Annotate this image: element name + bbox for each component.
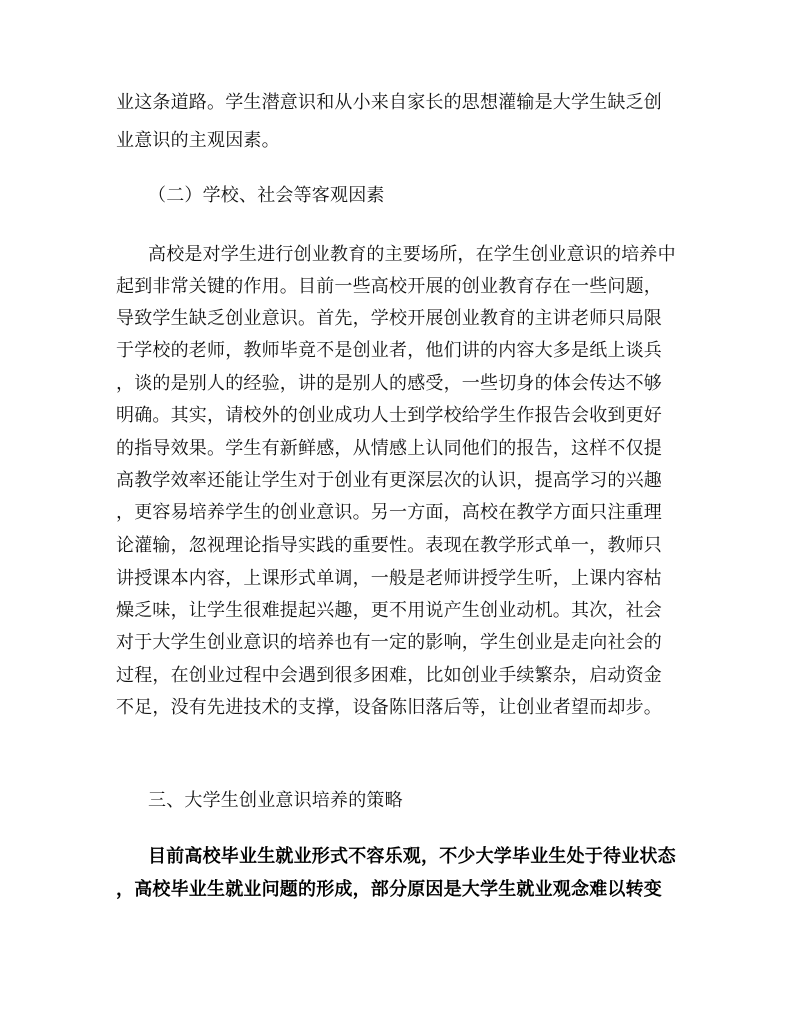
paragraph-line: 的指导效果。学生有新鲜感，从情感上认同他们的报告，这样不仅提 xyxy=(116,438,662,460)
paragraph-line: 于学校的老师，教师毕竟不是创业者，他们讲的内容大多是纸上谈兵 xyxy=(116,340,662,362)
paragraph-line: ，更容易培养学生的创业意识。另一方面，高校在教学方面只注重理 xyxy=(116,502,662,524)
section-heading: （二）学校、社会等客观因素 xyxy=(148,185,385,207)
paragraph-line: 过程，在创业过程中会遇到很多困难，比如创业手续繁杂，启动资金 xyxy=(116,665,662,687)
paragraph-line: 业这条道路。学生潜意识和从小来自家长的思想灌输是大学生缺乏创 xyxy=(116,92,662,114)
paragraph-line-bold: ，高校毕业生就业问题的形成，部分原因是大学生就业观念难以转变 xyxy=(116,879,662,901)
paragraph-line: 业意识的主观因素。 xyxy=(116,130,280,152)
paragraph-line: 明确。其实，请校外的创业成功人士到学校给学生作报告会收到更好 xyxy=(116,405,662,427)
paragraph-line-bold: 目前高校毕业生就业形式不容乐观，不少大学毕业生处于待业状态 xyxy=(148,846,676,868)
section-heading: 三、大学生创业意识培养的策略 xyxy=(148,790,403,812)
paragraph-line: 燥乏味，让学生很难提起兴趣，更不用说产生创业动机。其次，社会 xyxy=(116,600,662,622)
paragraph-line: ，谈的是别人的经验，讲的是别人的感受，一些切身的体会传达不够 xyxy=(116,373,662,395)
paragraph-line: 高教学效率还能让学生对于创业有更深层次的认识，提高学习的兴趣 xyxy=(116,470,662,492)
paragraph-line: 对于大学生创业意识的培养也有一定的影响，学生创业是走向社会的 xyxy=(116,632,662,654)
paragraph-line: 起到非常关键的作用。目前一些高校开展的创业教育存在一些问题， xyxy=(116,276,662,298)
paragraph-line: 论灌输，忽视理论指导实践的重要性。表现在教学形式单一，教师只 xyxy=(116,535,662,557)
paragraph-line: 讲授课本内容，上课形式单调，一般是老师讲授学生听，上课内容枯 xyxy=(116,568,662,590)
paragraph-line: 导致学生缺乏创业意识。首先，学校开展创业教育的主讲老师只局限 xyxy=(116,308,662,330)
paragraph-line: 不足，没有先进技术的支撑，设备陈旧落后等，让创业者望而却步。 xyxy=(116,697,662,719)
paragraph-line: 高校是对学生进行创业教育的主要场所，在学生创业意识的培养中 xyxy=(148,244,676,266)
